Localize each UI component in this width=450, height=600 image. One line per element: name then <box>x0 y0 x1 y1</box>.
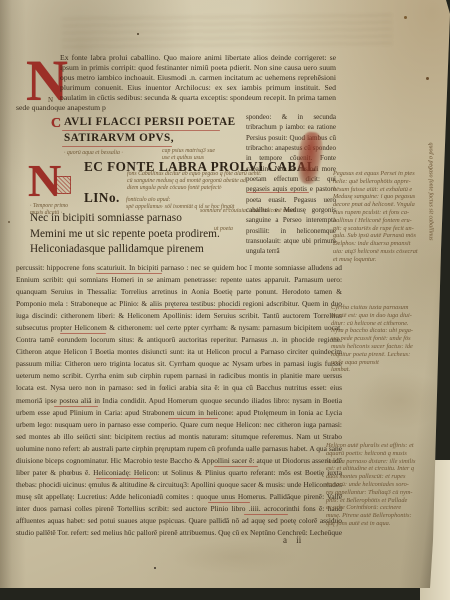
commentary-intro: Ex fonte labra prolui caballino. Quo mai… <box>16 53 336 113</box>
gloss-heading-left: · quorū aqua et bessalia · <box>64 150 123 157</box>
photo-of-incunable-page: { "photo": { "description": "Photograph … <box>0 0 450 600</box>
red-paraph: C <box>51 116 61 132</box>
marginalia-block-b: Cyrrha ciuitas iuxta parnasum montē est:… <box>331 304 445 374</box>
commentary-intro-text: Ex fonte labra prolui caballino. Quo mai… <box>16 53 336 112</box>
main-commentary-block: percussit: hippocrene fons scaturiuit. I… <box>16 262 342 538</box>
red-underline-title2 <box>62 146 172 147</box>
ink-speck <box>426 77 429 80</box>
incipit-line2: LINo. <box>84 190 120 206</box>
ink-speck <box>137 33 139 35</box>
ink-speck <box>8 221 10 223</box>
page-title-line2: SATIRARVM OPVS, <box>64 132 174 144</box>
verse-line-3: Heliconiadasque pallidamque pirenem <box>30 243 204 255</box>
marginalia-vertical-note: quod a pegaso fonte factus sit caballinu… <box>423 143 434 259</box>
initial-spacer <box>16 53 60 95</box>
signature-mark: a ii <box>283 535 301 545</box>
gloss-verse2: ut poeta <box>214 226 233 233</box>
verso-showthrough <box>62 14 392 51</box>
verse-line-2: Memini me ut sic repente poeta prodirem. <box>30 228 220 240</box>
ink-speck <box>404 16 407 19</box>
right-commentary-column: spondeo: & in secunda tribrachum p iambo… <box>246 112 336 261</box>
verse-line-1: Nec in bicipiti somniasse parnaso <box>30 212 182 224</box>
marginalia-block-c: Helicon autē pluralis est affinis: et aq… <box>326 442 448 528</box>
ink-speck <box>154 567 156 569</box>
parchment-stain <box>170 540 300 574</box>
page-title-line1: AVLI FLACCI PERSII POETAE <box>64 116 236 128</box>
parchment-stain <box>355 370 445 430</box>
parchment-page: N N Ex fonte labra prolui caballino. Quo… <box>0 0 450 588</box>
guide-letter-box <box>56 176 71 194</box>
